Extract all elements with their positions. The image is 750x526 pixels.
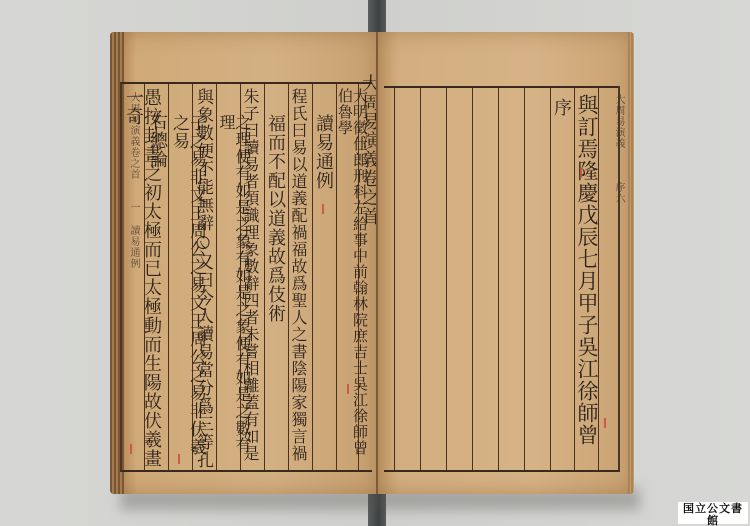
text-column-8: 與象數便不能無辭○又曰今人讀易當分爲三等孔 (194, 88, 211, 469)
column-rule (472, 88, 473, 470)
left-page: 大周易演義卷之首 一 讀易通例 愚按卦畫之初太極而已太極動而生陽故伏羲畫一奇 右… (110, 32, 378, 494)
column-rule (420, 88, 421, 470)
preface-colophon: 與訂焉隆慶戊辰七月甲子吳江徐師曾 (576, 94, 597, 446)
page-stack-edge (628, 32, 634, 494)
column-rule (550, 88, 551, 470)
right-text-frame: 序 與訂焉隆慶戊辰七月甲子吳江徐師曾 (384, 86, 620, 472)
text-column-5: 福而不配以道義故爲伎術 (266, 114, 284, 323)
red-annotation (130, 444, 132, 454)
text-column-10: 右總論 (148, 112, 166, 169)
column-rule (498, 88, 499, 470)
red-annotation (604, 418, 606, 428)
left-text-frame: 愚按卦畫之初太極而已太極動而生陽故伏羲畫一奇 右總論 子之易非文王周公之易文王周… (120, 82, 372, 472)
column-rule (216, 84, 217, 470)
column-rule (394, 88, 395, 470)
text-column-4: 程氏曰易以道義配禍福故爲聖人之書陰陽家獨言禍 (290, 88, 306, 462)
red-annotation (322, 204, 324, 214)
archive-watermark-logo: 国立公文書館 National Archives of Japan (678, 502, 748, 524)
preface-label: 序 (552, 98, 570, 117)
text-column-6: 朱子曰讀易者須識理象數辭四者未嘗相離蓋有如是 (242, 88, 258, 462)
right-page: 大周易演義 序六 序 與訂焉隆慶戊辰七月甲子吳江徐師曾 (378, 32, 634, 494)
text-column-3: 讀易通例 (314, 114, 332, 190)
column-rule (446, 88, 447, 470)
red-annotation (178, 454, 180, 464)
watermark-jp: 国立公文書館 (680, 503, 746, 526)
red-annotation (347, 384, 349, 394)
column-rule (524, 88, 525, 470)
red-annotation (580, 168, 582, 178)
